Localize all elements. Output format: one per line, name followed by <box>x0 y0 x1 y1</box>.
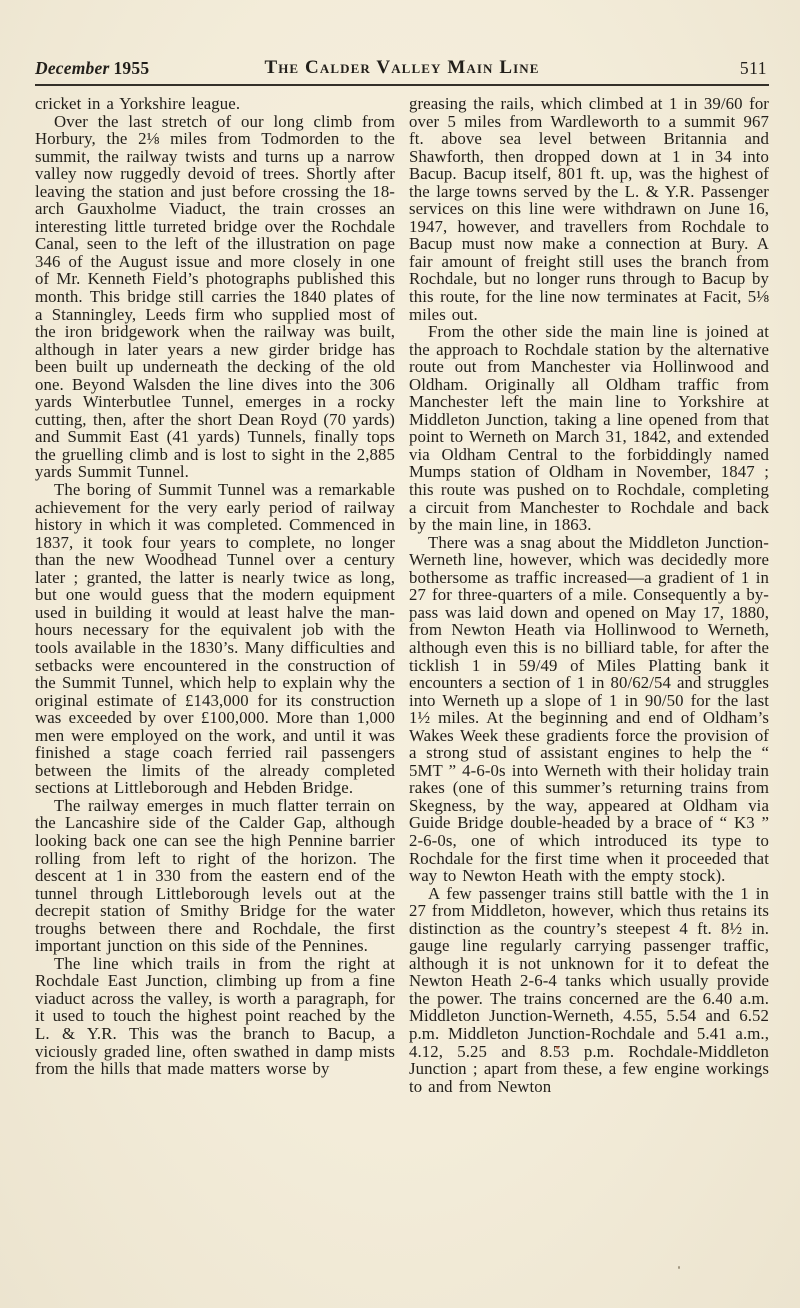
paragraph: The railway emerges in much flatter terr… <box>35 797 395 955</box>
paragraph: There was a snag about the Middleton Jun… <box>409 534 769 885</box>
paragraph: greasing the rails, which climbed at 1 i… <box>409 95 769 323</box>
left-column: cricket in a Yorkshire league.Over the l… <box>35 95 395 1095</box>
paragraph: The boring of Summit Tunnel was a remark… <box>35 481 395 797</box>
header-rule <box>35 84 769 86</box>
article-title: The Calder Valley Main Line <box>35 57 769 79</box>
paragraph: From the other side the main line is joi… <box>409 323 769 534</box>
paragraph: cricket in a Yorkshire league. <box>35 95 395 113</box>
paragraph: A few passenger trains still battle with… <box>409 885 769 1096</box>
page-number: 511 <box>740 58 767 79</box>
paragraph: The line which trails in from the right … <box>35 955 395 1078</box>
scan-speck <box>678 1266 680 1269</box>
running-head: December1955 The Calder Valley Main Line… <box>35 57 769 79</box>
paragraph: Over the last stretch of our long climb … <box>35 113 395 481</box>
magazine-page: December1955 The Calder Valley Main Line… <box>0 0 800 1308</box>
article-body: cricket in a Yorkshire league.Over the l… <box>35 95 769 1095</box>
right-column: greasing the rails, which climbed at 1 i… <box>409 95 769 1095</box>
